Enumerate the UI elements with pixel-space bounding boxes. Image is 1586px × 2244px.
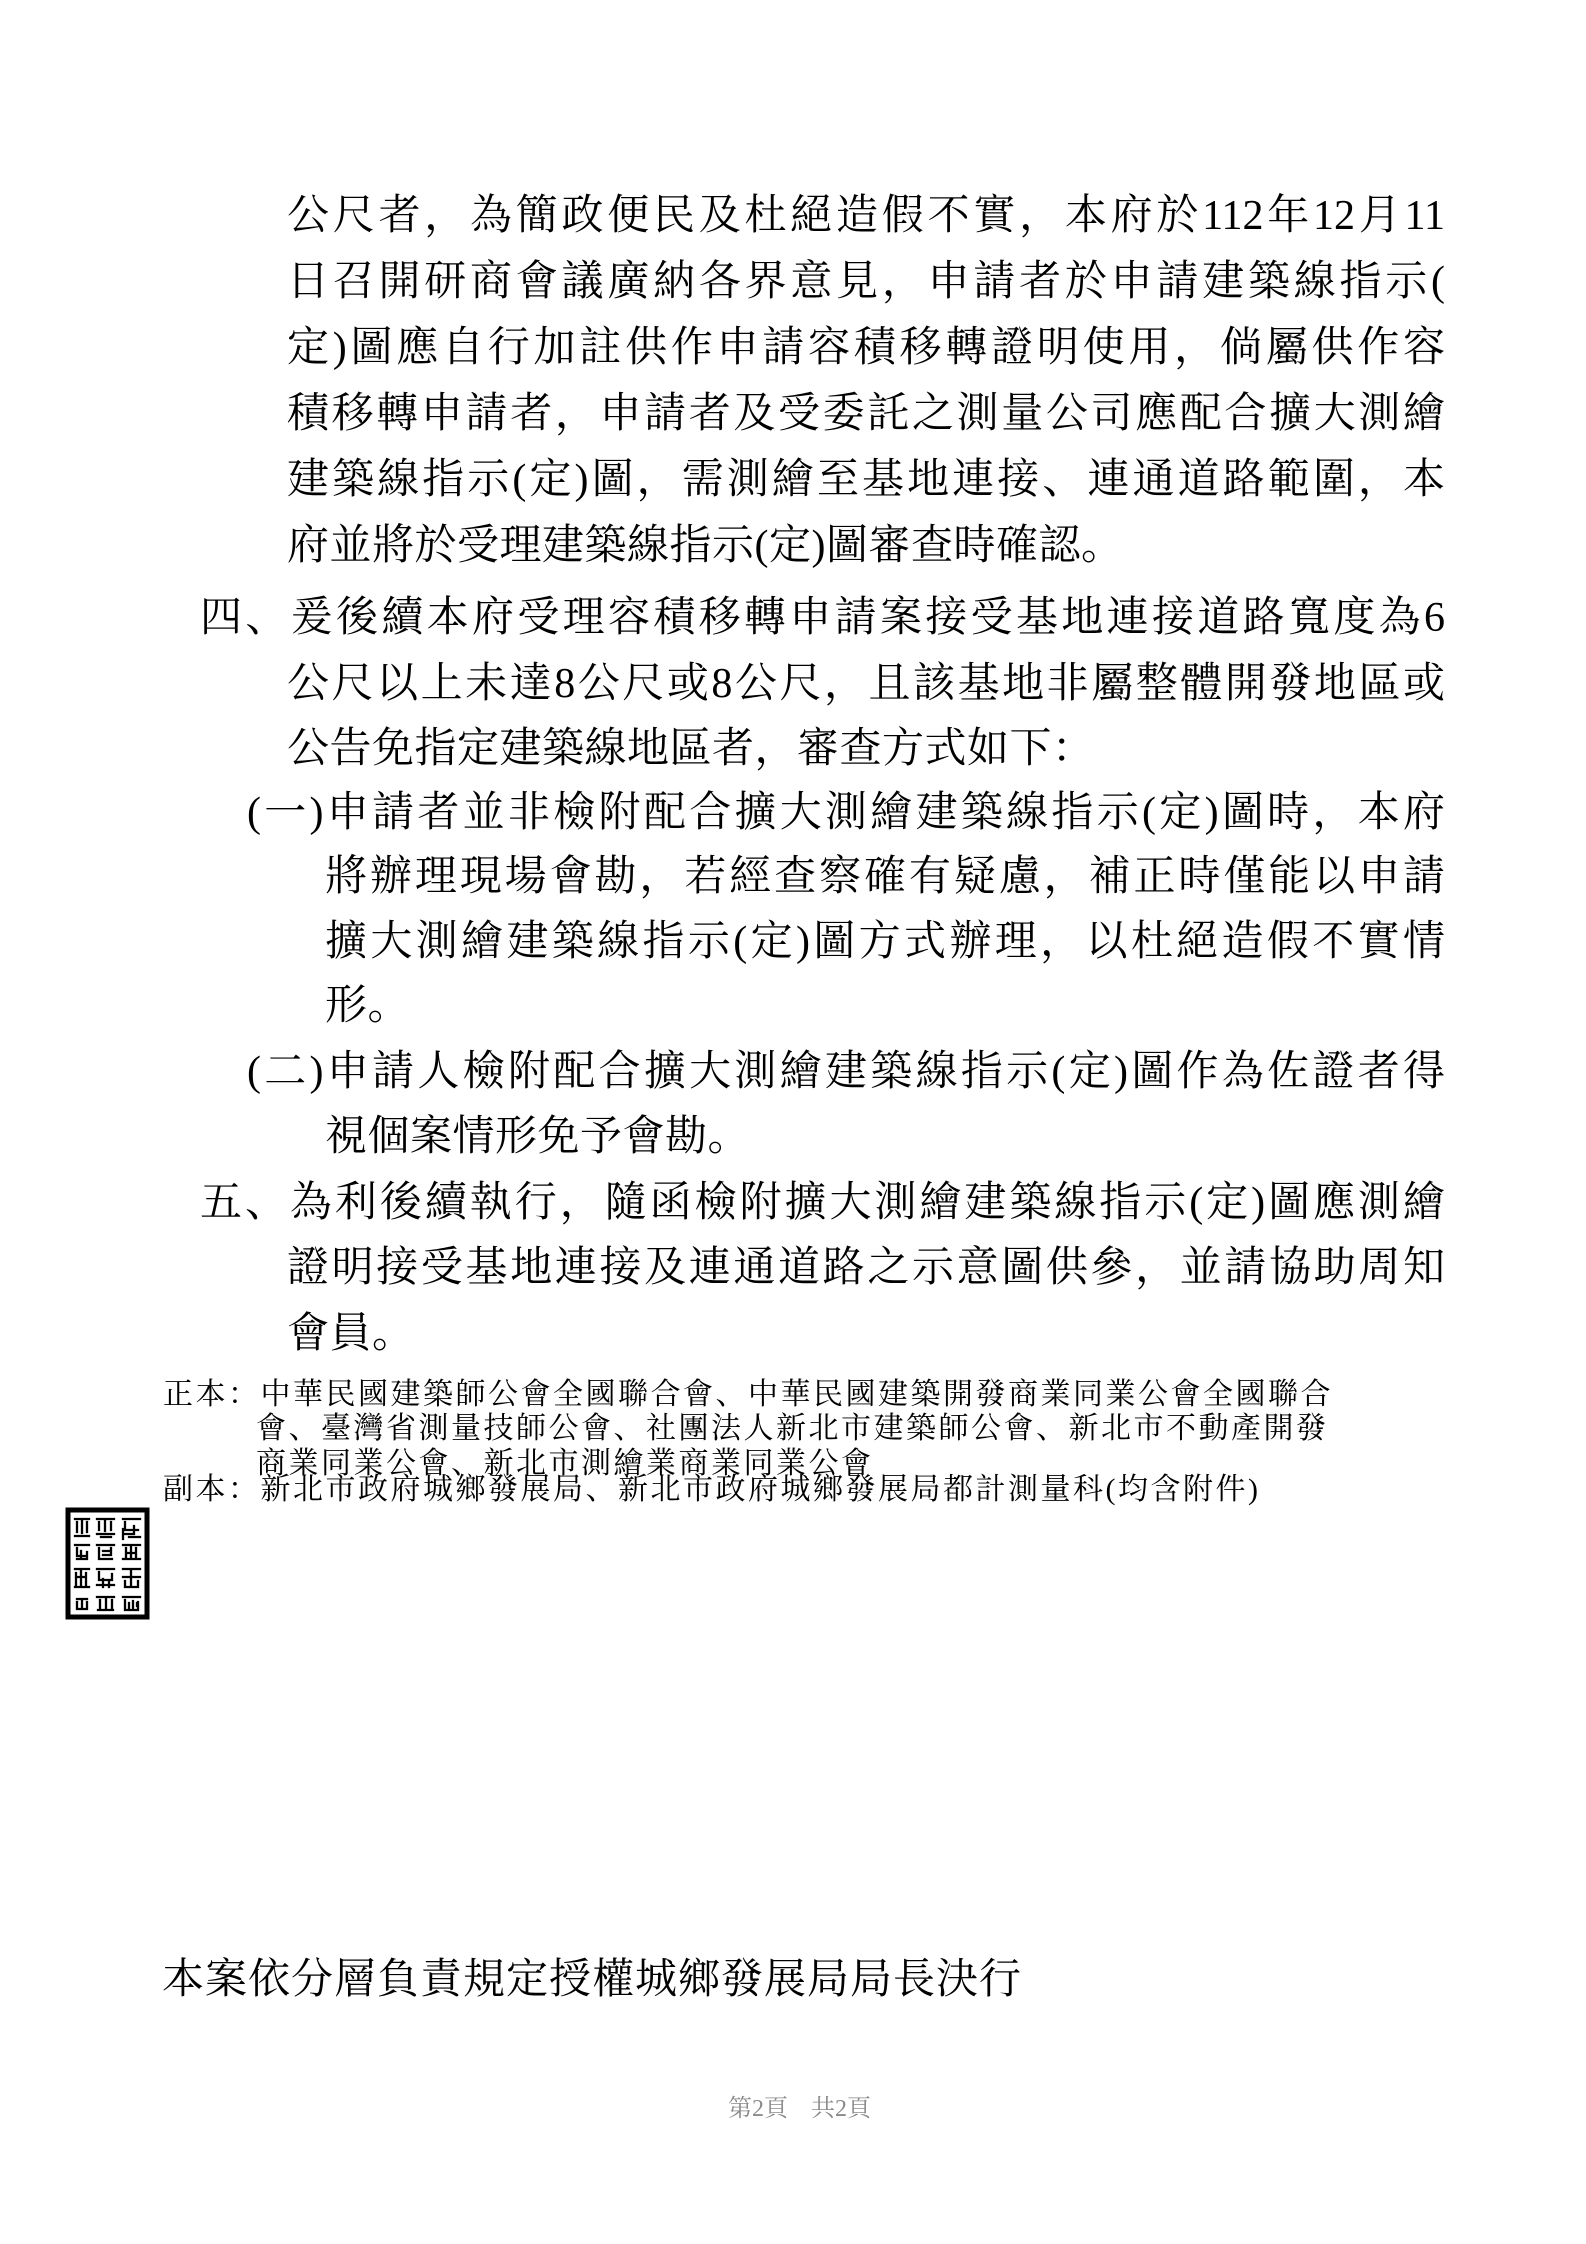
decision-authorization-line: 本案依分層負責規定授權城鄉發展局局長決行 bbox=[162, 1954, 1022, 2006]
body-line: 府並將於受理建築線指示(定)圖審查時確認。 bbox=[287, 520, 1123, 572]
official-seal-stamp bbox=[65, 1507, 150, 1620]
body-line: 建築線指示(定)圖，需測繪至基地連接、連通道路範圍，本 bbox=[287, 454, 1445, 506]
body-line: 公告免指定建築線地區者，審查方式如下： bbox=[287, 723, 1095, 775]
page-number: 第2頁 bbox=[728, 2094, 788, 2124]
page-total: 共2頁 bbox=[811, 2094, 871, 2124]
body-line-item-5: 五、為利後續執行，隨函檢附擴大測繪建築線指示(定)圖應測繪 bbox=[200, 1177, 1445, 1229]
body-line: 會員。 bbox=[287, 1308, 415, 1360]
recipient-copy-line: 副本：新北市政府城鄉發展局、新北市政府城鄉發展局都計測量科(均含附件) bbox=[163, 1473, 1260, 1507]
page-footer: 第2頁 共2頁 bbox=[728, 2094, 871, 2124]
body-line: 日召開研商會議廣納各界意見，申請者於申請建築線指示( bbox=[287, 256, 1445, 308]
body-line: 證明接受基地連接及連通道路之示意圖供參，並請協助周知 bbox=[287, 1242, 1445, 1294]
body-line: 公尺以上未達8公尺或8公尺，且該基地非屬整體開發地區或 bbox=[287, 658, 1445, 710]
body-line: 公尺者，為簡政便民及杜絕造假不實，本府於112年12月11 bbox=[287, 190, 1445, 242]
body-line-item-4-2: (二)申請人檢附配合擴大測繪建築線指示(定)圖作為佐證者得 bbox=[247, 1046, 1445, 1098]
recipient-original-line: 會、臺灣省測量技師公會、社團法人新北市建築師公會、新北市不動產開發 bbox=[256, 1412, 1329, 1446]
body-line: 積移轉申請者，申請者及受委託之測量公司應配合擴大測繪 bbox=[287, 388, 1445, 440]
body-line-item-4-1: (一)申請者並非檢附配合擴大測繪建築線指示(定)圖時，本府 bbox=[247, 787, 1445, 839]
recipient-original-line: 正本：中華民國建築師公會全國聯合會、中華民國建築開發商業同業公會全國聯合 bbox=[163, 1378, 1333, 1412]
body-line: 形。 bbox=[325, 980, 410, 1032]
body-line: 視個案情形免予會勘。 bbox=[325, 1111, 750, 1163]
body-line-item-4: 四、爰後續本府受理容積移轉申請案接受基地連接道路寬度為6 bbox=[200, 592, 1445, 644]
body-line: 定)圖應自行加註供作申請容積移轉證明使用，倘屬供作容 bbox=[287, 322, 1445, 374]
body-line: 將辦理現場會勘，若經查察確有疑慮，補正時僅能以申請 bbox=[325, 851, 1445, 903]
document-page: 公尺者，為簡政便民及杜絕造假不實，本府於112年12月11 日召開研商會議廣納各… bbox=[0, 0, 1586, 2244]
body-line: 擴大測繪建築線指示(定)圖方式辦理，以杜絕造假不實情 bbox=[325, 916, 1445, 968]
